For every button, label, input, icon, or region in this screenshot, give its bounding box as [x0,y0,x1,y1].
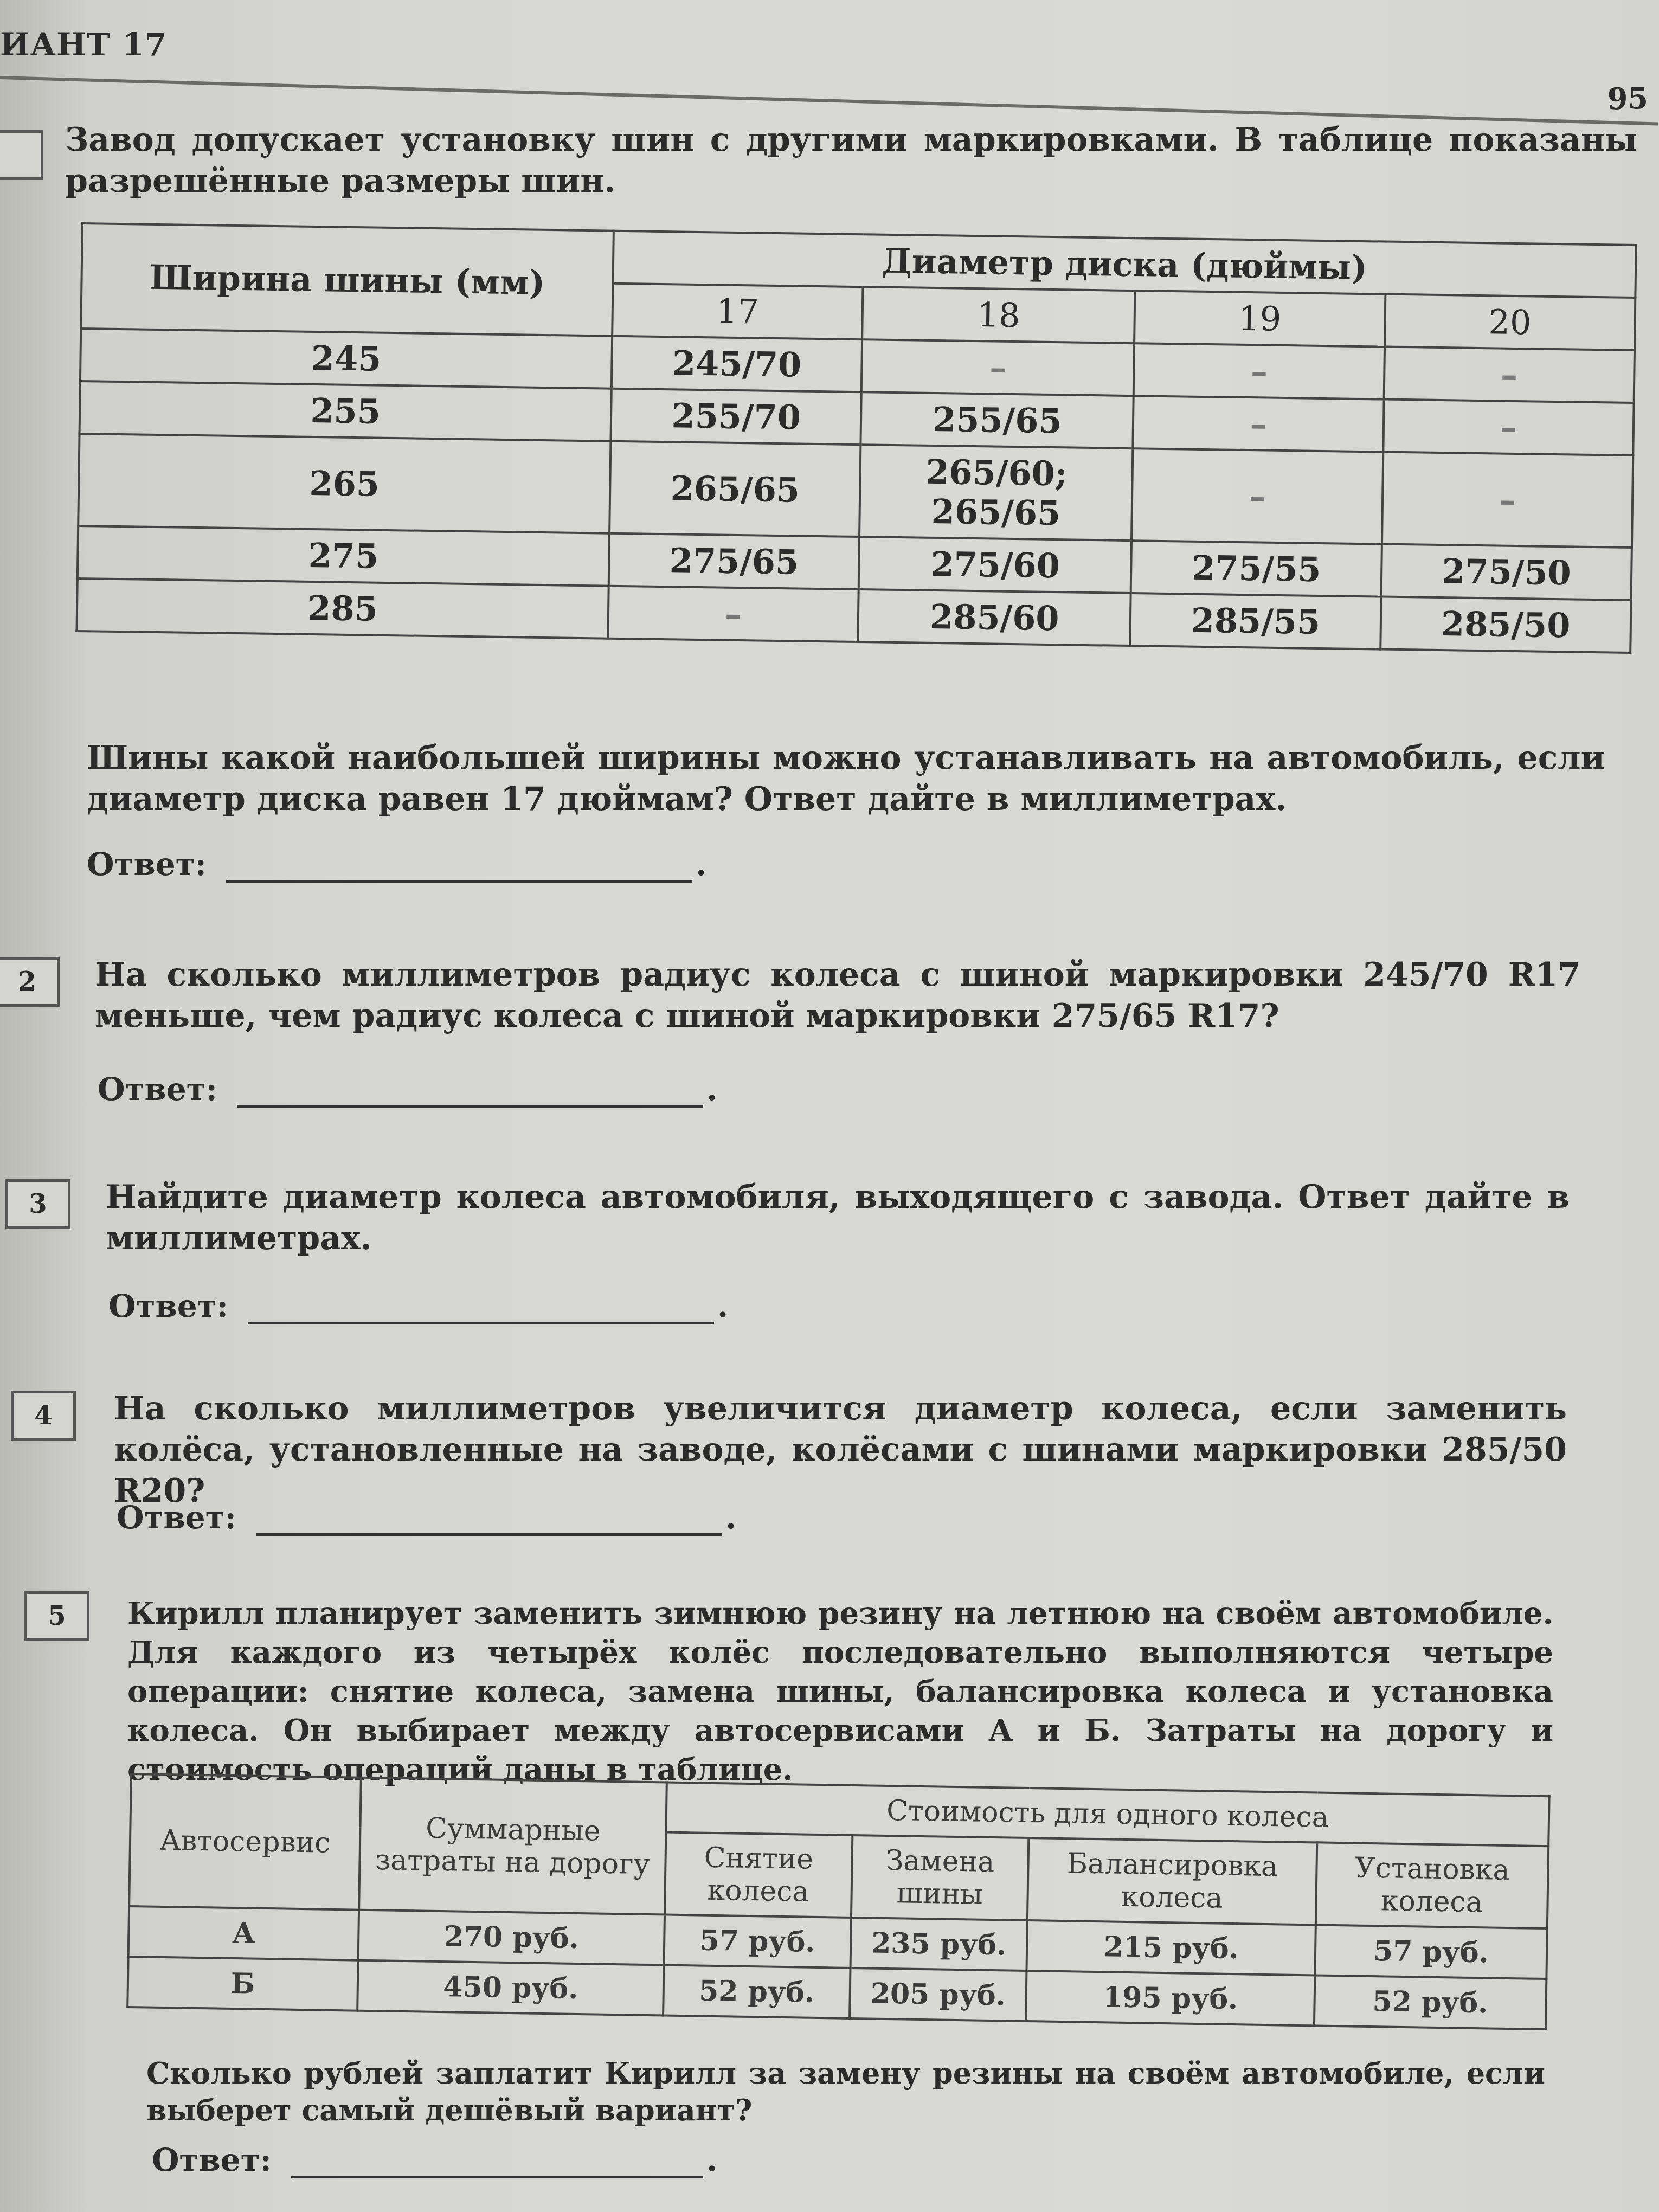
op-cost: 235 руб. [850,1918,1027,1971]
col-header-diameter-18: 18 [862,287,1135,343]
task-5-question: Сколько рублей заплатит Кирилл за замену… [146,2055,1545,2129]
col-header-travel: Суммарные затраты на дорогу [359,1778,667,1915]
op-cost: 195 руб. [1026,1971,1315,2025]
task-number-4: 4 [11,1391,76,1441]
tire-size-cell: – [1383,400,1634,455]
task-number-2: 2 [0,957,60,1007]
service-name: А [128,1906,359,1960]
op-cost: 215 руб. [1027,1920,1316,1975]
answer-label: Ответ: [152,2142,272,2178]
answer-label: Ответ: [108,1288,228,1324]
task-2-answer[interactable]: Ответ: . [98,1071,717,1108]
service-cost-table: Автосервис Суммарные затраты на дорогу С… [126,1773,1550,2030]
col-header-op-3: Установка колеса [1315,1842,1548,1928]
page-number: 95 [1607,81,1648,116]
task-1-answer[interactable]: Ответ: . [87,846,706,883]
col-header-op-1: Замена шины [851,1835,1029,1920]
answer-label: Ответ: [98,1071,217,1108]
tire-size-cell: 285/55 [1130,593,1381,649]
op-cost: 205 руб. [850,1968,1027,2021]
task-1-intro: Завод допускает установку шин с другими … [65,119,1637,202]
op-cost: 52 руб. [1314,1975,1547,2029]
task-number-5: 5 [24,1591,89,1641]
task-number-3: 3 [5,1179,70,1229]
col-header-diameter-19: 19 [1134,291,1385,346]
tire-width: 285 [76,578,608,639]
op-cost: 57 руб. [664,1915,851,1968]
col-header-op-2: Балансировка колеса [1027,1838,1317,1925]
task-4-answer[interactable]: Ответ: . [117,1499,736,1536]
answer-field[interactable] [256,1512,722,1536]
op-cost: 52 руб. [663,1965,850,2018]
tire-size-cell: 275/65 [609,533,860,589]
answer-label: Ответ: [117,1499,236,1536]
op-cost: 57 руб. [1315,1925,1547,1979]
tire-size-cell: 285/50 [1380,597,1631,653]
task-3-answer[interactable]: Ответ: . [108,1288,728,1324]
exam-page: ИАНТ 17 95 Завод допускает установку шин… [0,0,1659,2212]
task-5-answer[interactable]: Ответ: . [152,2142,717,2178]
tire-size-cell: 245/70 [612,336,863,392]
answer-field[interactable] [226,858,692,883]
answer-field[interactable] [237,1083,703,1108]
tire-size-cell: 255/70 [610,389,861,445]
service-name: Б [127,1957,358,2011]
tire-size-table: Ширина шины (мм) Диаметр диска (дюймы) 1… [75,222,1637,654]
task-4-question: На сколько миллиметров увеличится диамет… [114,1388,1567,1512]
answer-label: Ответ: [87,846,207,883]
tire-size-cell: 255/65 [861,392,1134,448]
tire-size-cell: – [861,339,1134,396]
tire-size-cell: 275/60 [859,537,1131,593]
header-rule [0,76,1658,125]
task-3-question: Найдите диаметр колеса автомобиля, выход… [106,1176,1570,1259]
tire-size-cell: 265/65 [609,441,861,537]
tire-size-cell: – [1133,396,1384,452]
col-header-diameter-20: 20 [1385,294,1636,350]
task-number-1 [0,130,43,180]
tire-size-cell: 275/50 [1381,544,1632,600]
answer-field[interactable] [291,2154,703,2178]
col-header-width: Ширина шины (мм) [81,223,614,336]
travel-cost: 450 руб. [357,1960,664,2016]
variant-label: ИАНТ 17 [0,26,167,63]
col-header-diameter-17: 17 [612,284,863,339]
col-header-service: Автосервис [129,1774,361,1910]
col-header-op-0: Снятие колеса [665,1832,852,1918]
tire-size-cell: 275/55 [1131,541,1382,596]
tire-size-cell: – [1131,448,1383,544]
tire-size-cell: 265/60; 265/65 [859,445,1133,541]
task-1-question: Шины какой наибольшей ширины можно устан… [87,737,1605,820]
tire-size-cell: 285/60 [858,589,1131,646]
tire-size-cell: – [1382,452,1634,548]
tire-size-cell: – [1384,347,1635,403]
travel-cost: 270 руб. [358,1910,665,1965]
tire-width: 245 [80,329,612,389]
tire-size-cell: – [1134,343,1385,399]
tire-width: 265 [78,434,610,533]
tire-width: 275 [78,526,609,586]
answer-field[interactable] [248,1300,714,1324]
task-5-intro: Кирилл планирует заменить зимнюю резину … [127,1594,1553,1789]
task-2-question: На сколько миллиметров радиус колеса с ш… [95,954,1580,1037]
tire-size-cell: – [608,586,859,642]
tire-width: 255 [80,381,612,441]
